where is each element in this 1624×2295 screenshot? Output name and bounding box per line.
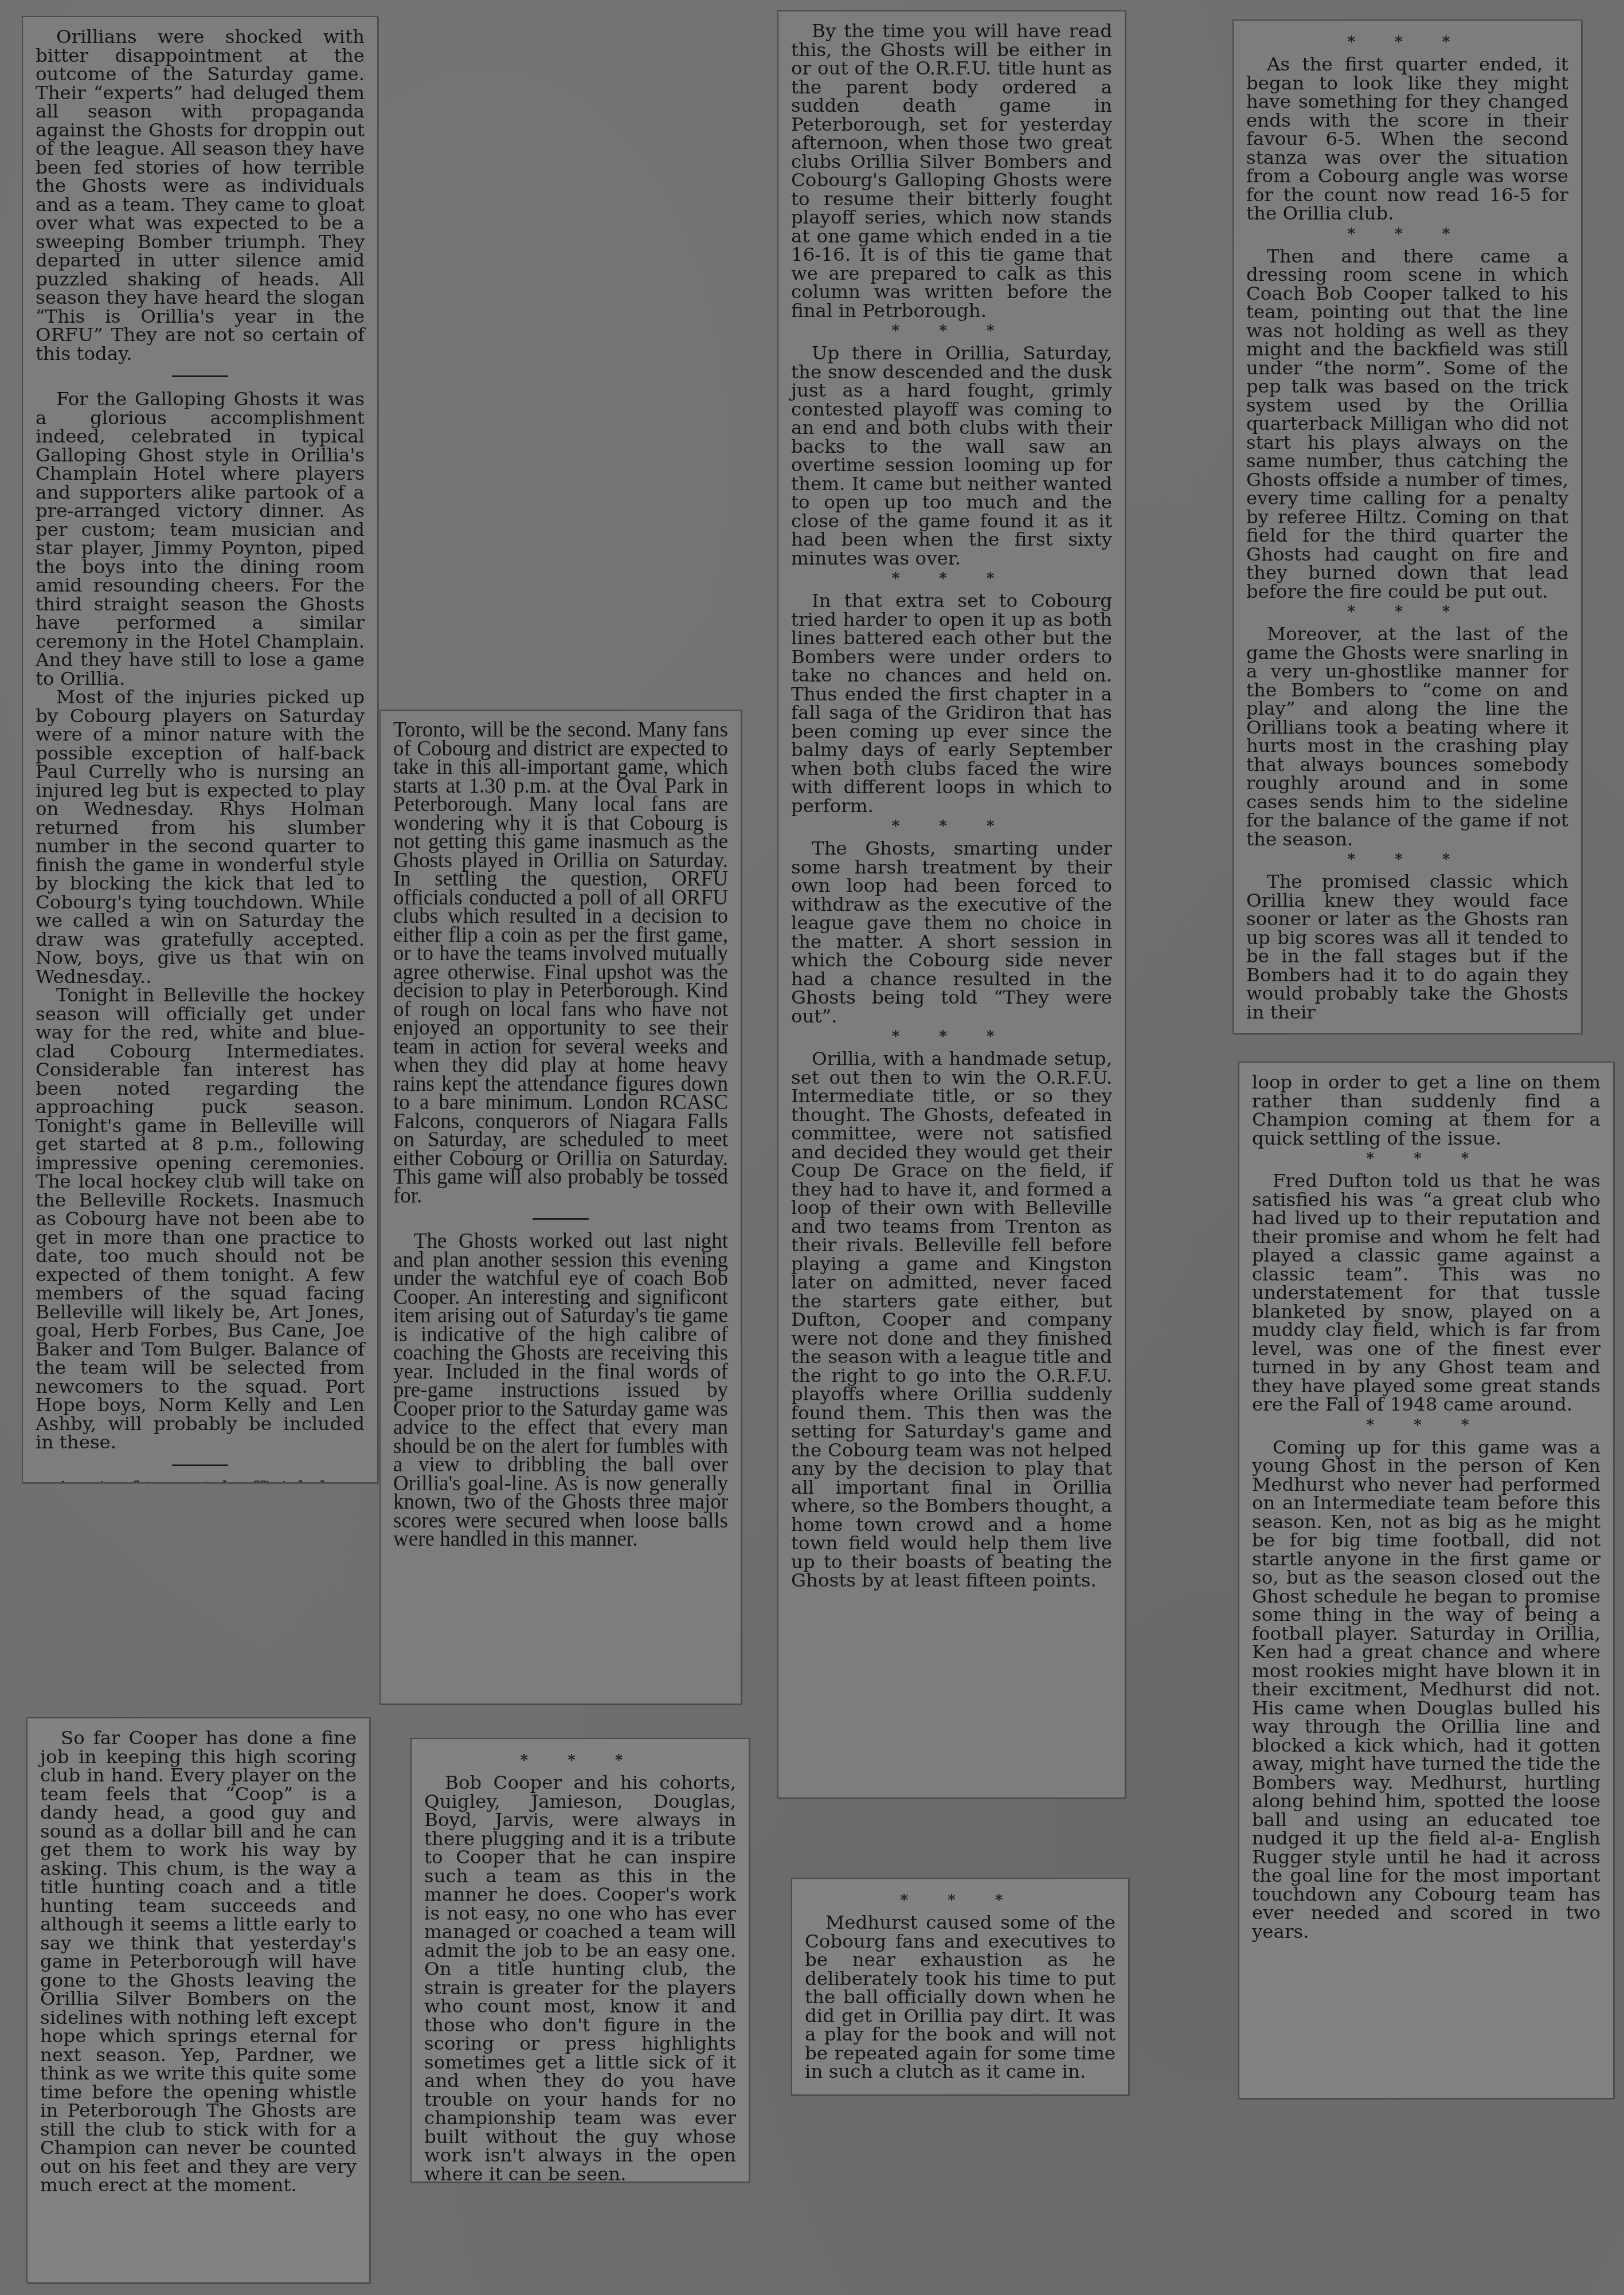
separator-asterisks: * * * [1246,851,1568,868]
clipping-toronto-second-official: Toronto, will be the second. Many fans o… [379,710,742,1705]
article-paragraph: Tonight in Belleville the hockey season … [36,986,365,1452]
separator-asterisks: * * * [424,1752,736,1769]
article-paragraph: As the first quarter ended, it began to … [1246,55,1568,223]
article-paragraph: So far Cooper has done a fine job in kee… [40,1729,357,2195]
separator-asterisks: * * * [1246,33,1568,50]
separator-asterisks: * * * [791,570,1112,587]
article-paragraph: For the Galloping Ghosts it was a glorio… [36,390,365,688]
article-paragraph: Most of the injuries picked up by Cobour… [36,688,365,986]
section-divider-rule [172,1464,228,1466]
article-paragraph: Then and there came a dressing room scen… [1246,247,1568,601]
separator-asterisks: * * * [791,1028,1112,1045]
article-paragraph: The promised classic which Orillia knew … [1246,872,1568,1021]
separator-asterisks: * * * [791,817,1112,835]
clipping-medhurst-exhaustion: * * * Medhurst caused some of the Cobour… [791,1878,1129,2096]
article-paragraph: The Ghosts worked out last night and pla… [393,1232,728,1549]
article-paragraph: Up there in Orillia, Saturday, the snow … [791,344,1112,567]
clipping-ghosts-title-hunt: By the time you will have read this, the… [777,10,1126,1799]
clipping-orillians-shocked: Orillians were shocked with bitter disap… [22,16,378,1483]
article-paragraph: In that extra set to Cobourg tried harde… [791,592,1112,815]
article-paragraph: By the time you will have read this, the… [791,22,1112,320]
clipping-fred-dufton-medhurst: loop in order to get a line on them rath… [1238,1062,1614,2099]
article-paragraph: Coming up for this game was a young Ghos… [1252,1438,1600,1941]
article-paragraph: Orillians were shocked with bitter disap… [36,28,365,363]
separator-asterisks: * * * [805,1891,1116,1909]
article-paragraph: Moreover, at the last of the game the Gh… [1246,625,1568,848]
article-paragraph: Bob Cooper and his cohorts, Quigley, Jam… [424,1773,736,2183]
article-paragraph: Toronto, will be the second. Many fans o… [393,721,728,1205]
section-divider-rule [533,1218,589,1220]
article-paragraph: Medhurst caused some of the Cobourg fans… [805,1913,1116,2081]
clipping-bob-cooper-cohorts: * * * Bob Cooper and his cohorts, Quigle… [410,1738,750,2183]
separator-asterisks: * * * [1246,225,1568,242]
article-paragraph: A pair of top-notch officials have been … [36,1479,365,1484]
article-paragraph: loop in order to get a line on them rath… [1252,1073,1600,1147]
article-paragraph: Fred Dufton told us that he was satisfie… [1252,1172,1600,1414]
separator-asterisks: * * * [1246,603,1568,620]
clipping-cooper-fine-job: So far Cooper has done a fine job in kee… [26,1717,370,2284]
separator-asterisks: * * * [1252,1416,1600,1434]
clipping-first-quarter-ended: * * * As the first quarter ended, it beg… [1232,19,1582,1034]
article-paragraph: Orillia, with a handmade setup, set out … [791,1049,1112,1590]
article-paragraph: The Ghosts, smarting under some harsh tr… [791,839,1112,1025]
separator-asterisks: * * * [791,322,1112,339]
separator-asterisks: * * * [1252,1150,1600,1167]
section-divider-rule [172,375,228,377]
